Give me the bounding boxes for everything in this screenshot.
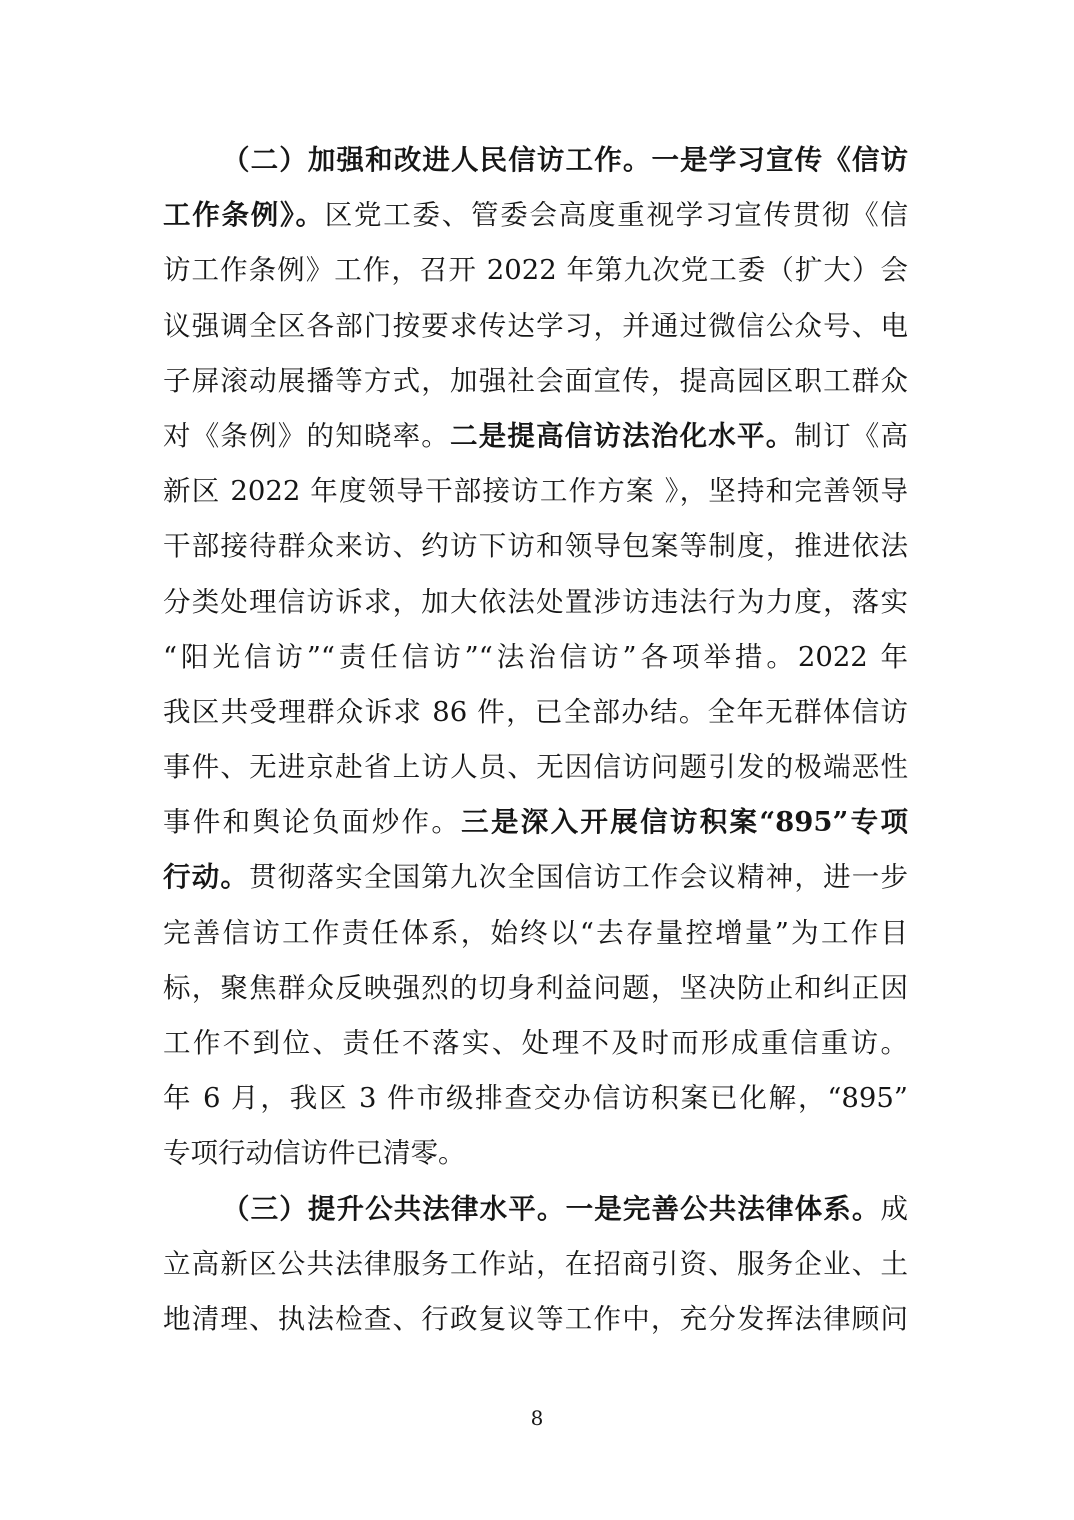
text-segment: 立高新区公共法律服务工作站，在招商引资、服务企业、土 [163, 1248, 908, 1280]
text-line: 年 6 月，我区 3 件市级排查交办信访积案已化解，“895” [163, 1071, 908, 1126]
text-segment: 年 6 月，我区 3 件市级排查交办信访积案已化解，“895” [163, 1082, 908, 1114]
text-line: 子屏滚动展播等方式，加强社会面宣传，提高园区职工群众 [163, 354, 908, 409]
text-line: 专项行动信访件已清零。 [163, 1126, 908, 1181]
text-segment: 专项行动信访件已清零。 [163, 1137, 466, 1169]
text-segment: 地清理、执法检查、行政复议等工作中，充分发挥法律顾问 [163, 1303, 908, 1335]
emphasis-text-segment: 二是提高信访法治化水平。 [450, 420, 794, 452]
text-segment: 完善信访工作责任体系，始终以“去存量控增量”为工作目 [163, 917, 908, 949]
text-line: 工作条例》。区党工委、管委会高度重视学习宣传贯彻《信 [163, 188, 908, 243]
text-line: 分类处理信访诉求，加大依法处置涉访违法行为力度，落实 [163, 575, 908, 630]
text-segment: 成 [881, 1193, 909, 1225]
text-line: 我区共受理群众诉求 86 件，已全部办结。全年无群体信访 [163, 685, 908, 740]
text-segment: 事件和舆论负面炒作。 [163, 806, 461, 838]
text-line: 议强调全区各部门按要求传达学习，并通过微信公众号、电 [163, 299, 908, 354]
text-segment: 子屏滚动展播等方式，加强社会面宣传，提高园区职工群众 [163, 365, 908, 397]
text-line: 事件和舆论负面炒作。三是深入开展信访积案“895”专项 [163, 795, 908, 850]
text-line: 工作不到位、责任不落实、处理不及时而形成重信重访。2022 [163, 1016, 908, 1071]
emphasis-text-segment: 行动。 [163, 861, 249, 893]
page-footer: 8 [0, 1406, 1074, 1430]
emphasis-text-segment: （三）提升公共法律水平。一是完善公共法律体系。 [222, 1193, 881, 1225]
text-line: 干部接待群众来访、约访下访和领导包案等制度，推进依法 [163, 519, 908, 574]
text-line: 地清理、执法检查、行政复议等工作中，充分发挥法律顾问 [163, 1292, 908, 1347]
text-line: 新区 2022 年度领导干部接访工作方案 》，坚持和完善领导 [163, 464, 908, 519]
text-line: 立高新区公共法律服务工作站，在招商引资、服务企业、土 [163, 1237, 908, 1292]
text-segment: 访工作条例》工作，召开 2022 年第九次党工委（扩大）会 [163, 254, 908, 286]
text-segment: 事件、无进京赴省上访人员、无因信访问题引发的极端恶性 [163, 751, 908, 783]
emphasis-text-segment: （二）加强和改进人民信访工作。一是学习宣传《信访 [222, 144, 908, 176]
text-segment: 新区 2022 年度领导干部接访工作方案 》，坚持和完善领导 [163, 475, 908, 507]
text-segment: 制订《高 [794, 420, 908, 452]
text-segment: 标，聚焦群众反映强烈的切身利益问题，坚决防止和纠正因 [163, 972, 908, 1004]
text-segment: 我区共受理群众诉求 86 件，已全部办结。全年无群体信访 [163, 696, 908, 728]
emphasis-text-segment: 三是深入开展信访积案“895”专项 [461, 806, 908, 838]
text-segment: 区党工委、管委会高度重视学习宣传贯彻《信 [325, 199, 908, 231]
text-line: 访工作条例》工作，召开 2022 年第九次党工委（扩大）会 [163, 243, 908, 298]
text-segment: 议强调全区各部门按要求传达学习，并通过微信公众号、电 [163, 310, 908, 342]
page-body-text: （二）加强和改进人民信访工作。一是学习宣传《信访工作条例》。区党工委、管委会高度… [163, 133, 908, 1347]
text-segment: “阳光信访”“责任信访”“法治信访”各项举措。2022 年 [163, 641, 908, 673]
text-line: 事件、无进京赴省上访人员、无因信访问题引发的极端恶性 [163, 740, 908, 795]
emphasis-text-segment: 工作条例》。 [163, 199, 325, 231]
text-line: 对《条例》的知晓率。二是提高信访法治化水平。制订《高 [163, 409, 908, 464]
text-segment: 分类处理信访诉求，加大依法处置涉访违法行为力度，落实 [163, 586, 908, 618]
text-line: 行动。贯彻落实全国第九次全国信访工作会议精神，进一步 [163, 850, 908, 905]
text-segment: 对《条例》的知晓率。 [163, 420, 450, 452]
page-number: 8 [531, 1406, 544, 1430]
text-line: 标，聚焦群众反映强烈的切身利益问题，坚决防止和纠正因 [163, 961, 908, 1016]
text-line: 完善信访工作责任体系，始终以“去存量控增量”为工作目 [163, 906, 908, 961]
text-segment: 工作不到位、责任不落实、处理不及时而形成重信重访。2022 [163, 1027, 908, 1071]
document-page: （二）加强和改进人民信访工作。一是学习宣传《信访工作条例》。区党工委、管委会高度… [0, 0, 1074, 1520]
text-segment: 贯彻落实全国第九次全国信访工作会议精神，进一步 [249, 861, 908, 893]
text-segment: 干部接待群众来访、约访下访和领导包案等制度，推进依法 [163, 530, 908, 562]
text-line: （二）加强和改进人民信访工作。一是学习宣传《信访 [163, 133, 908, 188]
text-line: “阳光信访”“责任信访”“法治信访”各项举措。2022 年 [163, 630, 908, 685]
text-line: （三）提升公共法律水平。一是完善公共法律体系。成 [163, 1182, 908, 1237]
